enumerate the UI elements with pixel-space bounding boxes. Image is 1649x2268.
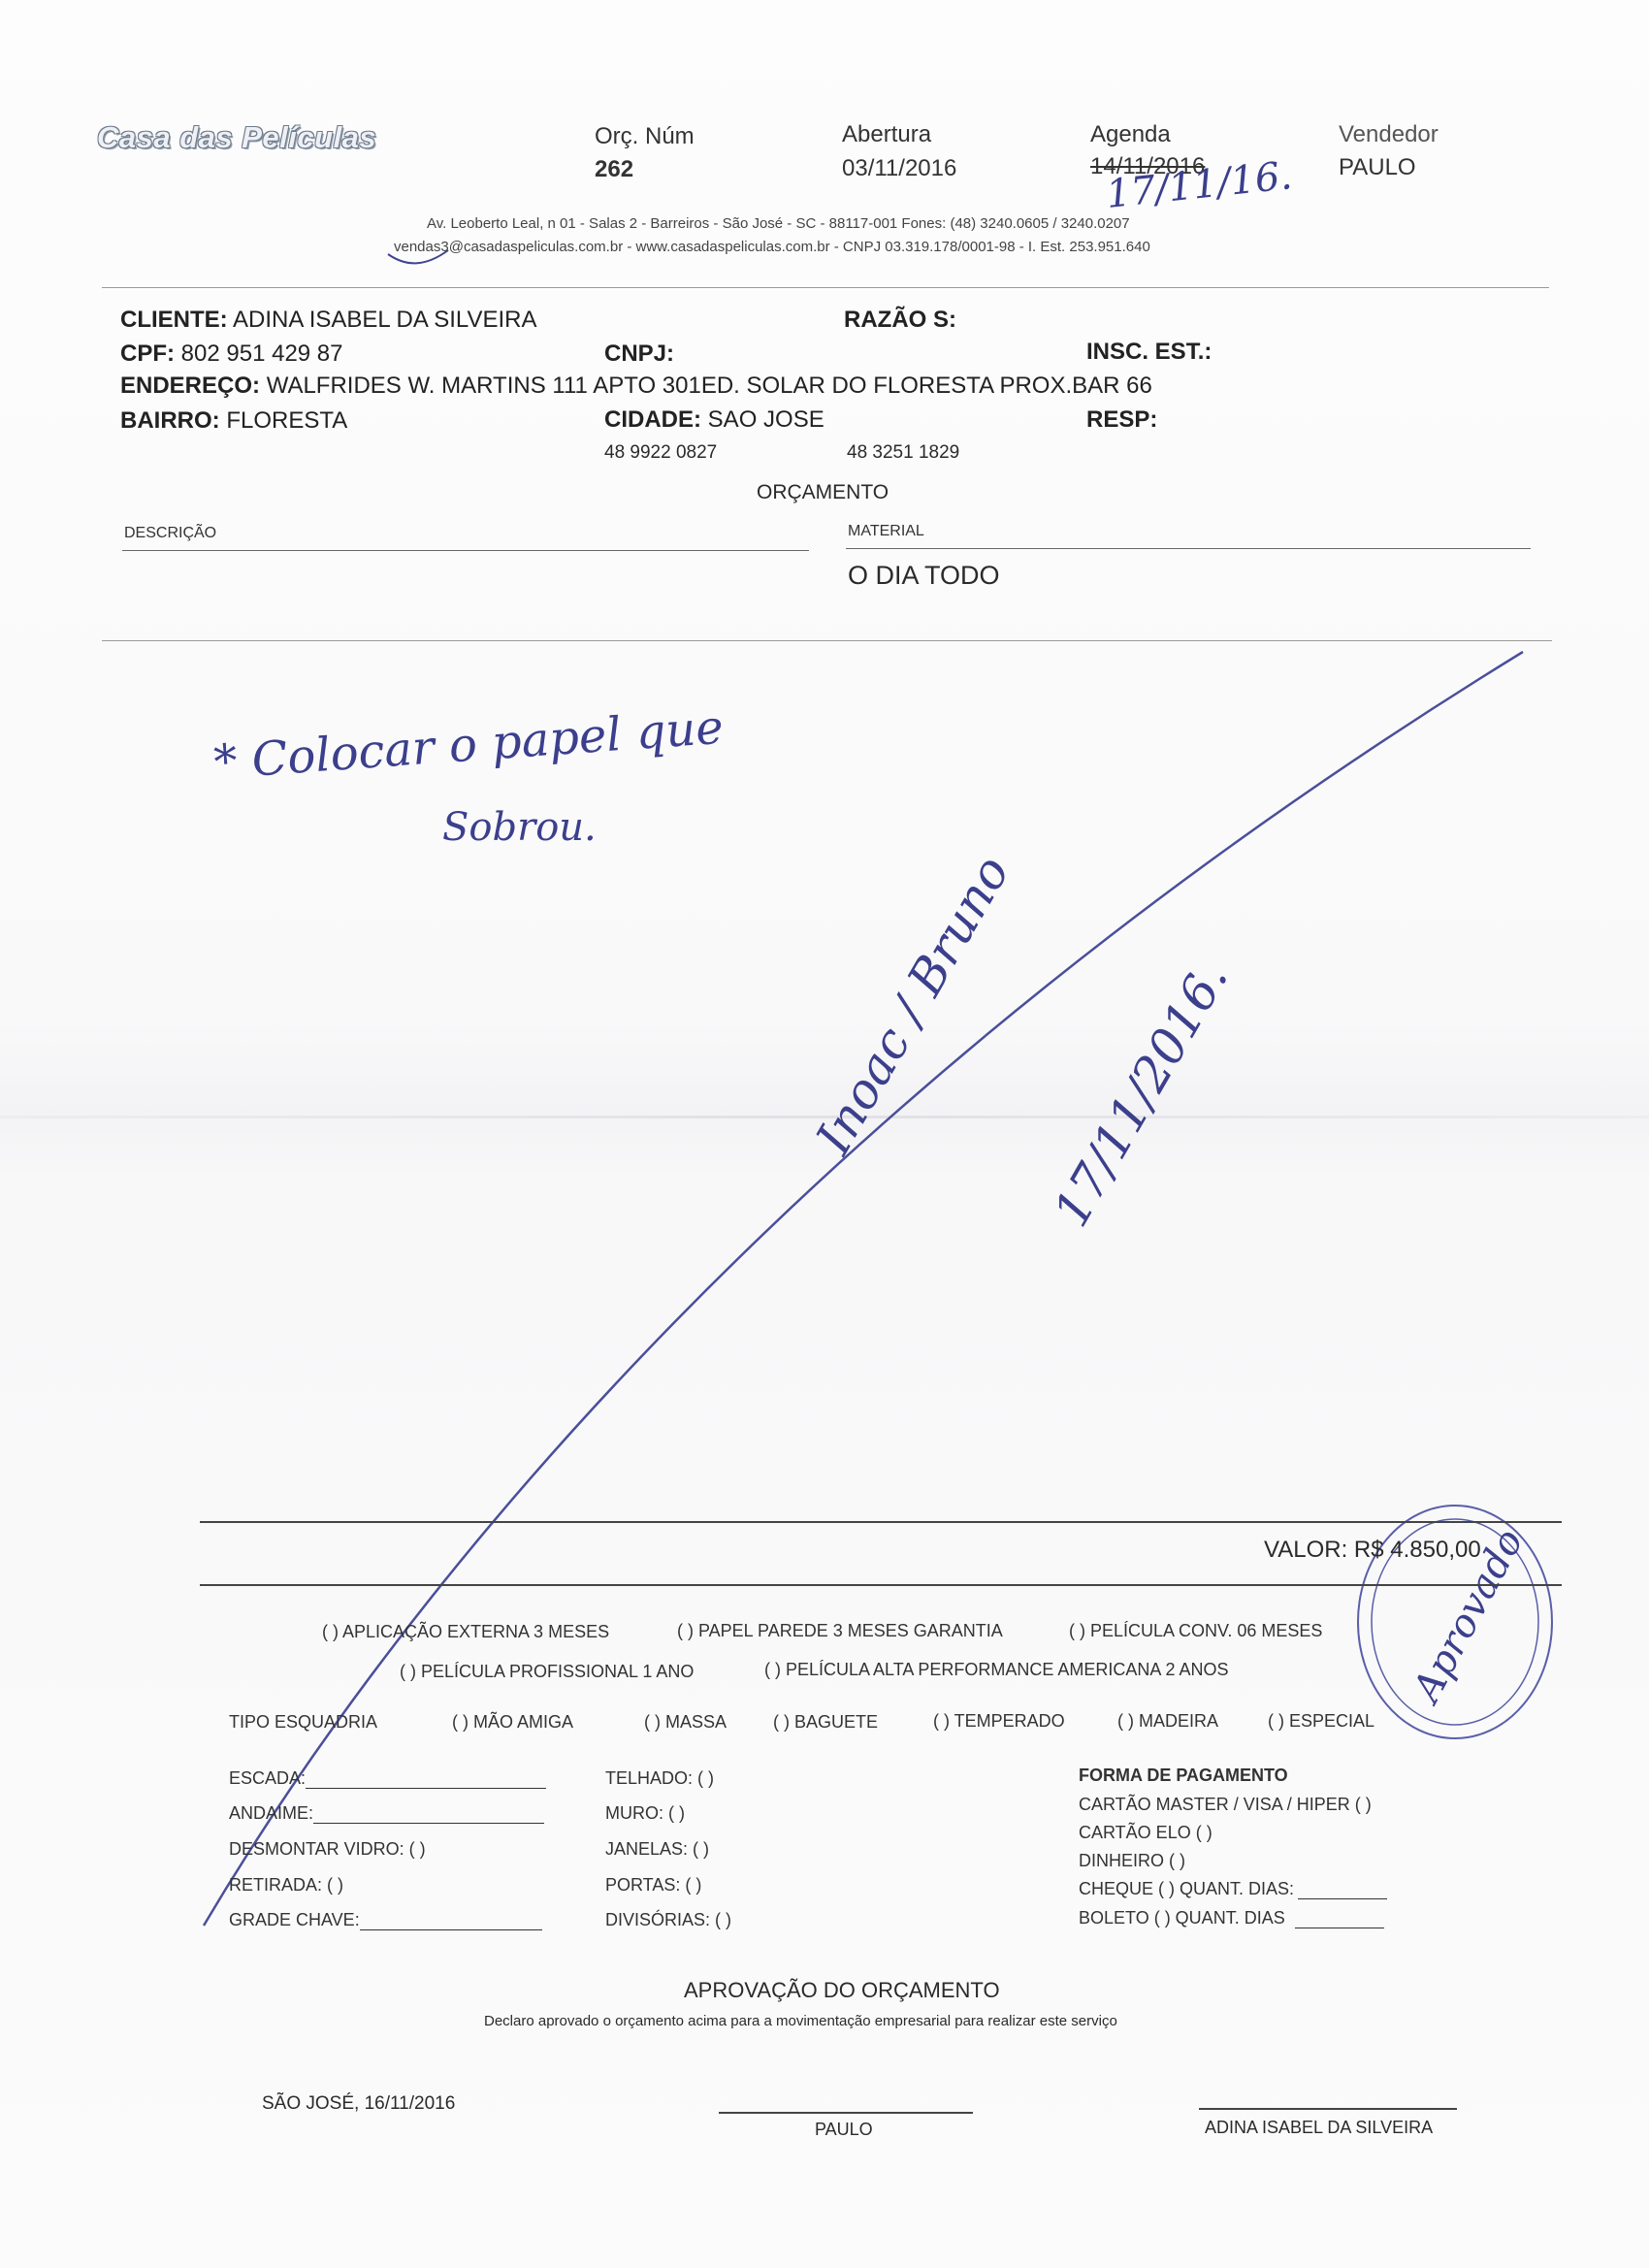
- field-telhado[interactable]: TELHADO: ( ): [605, 1768, 714, 1789]
- client-signature-line: [1199, 2108, 1457, 2110]
- option-pelicula-alta-performance[interactable]: ( ) PELÍCULA ALTA PERFORMANCE AMERICANA …: [764, 1660, 1228, 1680]
- field-muro[interactable]: MURO: ( ): [605, 1803, 685, 1824]
- payment-cartao-master[interactable]: CARTÃO MASTER / VISA / HIPER ( ): [1079, 1795, 1372, 1815]
- valor-amount: R$ 4.850,00: [1354, 1537, 1481, 1563]
- field-portas[interactable]: PORTAS: ( ): [605, 1875, 701, 1895]
- esquadria-especial[interactable]: ( ) ESPECIAL: [1268, 1711, 1374, 1732]
- field-desmontar-vidro[interactable]: DESMONTAR VIDRO: ( ): [229, 1839, 426, 1860]
- payment-cheque[interactable]: CHEQUE ( ) QUANT. DIAS:: [1079, 1879, 1387, 1899]
- esquadria-madeira[interactable]: ( ) MADEIRA: [1117, 1711, 1218, 1732]
- approval-text: Declaro aprovado o orçamento acima para …: [484, 2013, 1117, 2029]
- esquadria-massa[interactable]: ( ) MASSA: [644, 1712, 727, 1733]
- esquadria-mao-amiga[interactable]: ( ) MÃO AMIGA: [452, 1712, 573, 1733]
- place-date: SÃO JOSÉ, 16/11/2016: [262, 2093, 455, 2115]
- seller-signature-line: [719, 2112, 973, 2114]
- payment-boleto[interactable]: BOLETO ( ) QUANT. DIAS: [1079, 1908, 1384, 1928]
- payment-dinheiro[interactable]: DINHEIRO ( ): [1079, 1851, 1185, 1871]
- option-aplicacao-externa[interactable]: ( ) APLICAÇÃO EXTERNA 3 MESES: [322, 1622, 609, 1642]
- esquadria-label: TIPO ESQUADRIA: [229, 1712, 377, 1733]
- seller-signature-name: PAULO: [815, 2120, 873, 2140]
- field-divisorias[interactable]: DIVISÓRIAS: ( ): [605, 1910, 731, 1930]
- payment-cartao-elo[interactable]: CARTÃO ELO ( ): [1079, 1823, 1212, 1843]
- field-escada[interactable]: ESCADA:: [229, 1768, 546, 1789]
- scanned-document: Casa das Películas Orç. Núm 262 Abertura…: [0, 0, 1649, 2268]
- field-andaime[interactable]: ANDAIME:: [229, 1803, 544, 1824]
- field-retirada[interactable]: RETIRADA: ( ): [229, 1875, 343, 1895]
- field-grade-chave[interactable]: GRADE CHAVE:: [229, 1910, 542, 1930]
- approval-title: APROVAÇÃO DO ORÇAMENTO: [684, 1978, 1000, 2003]
- option-papel-parede[interactable]: ( ) PAPEL PAREDE 3 MESES GARANTIA: [677, 1621, 1003, 1641]
- valor-line-top: [200, 1521, 1562, 1523]
- option-pelicula-conv[interactable]: ( ) PELÍCULA CONV. 06 MESES: [1069, 1621, 1322, 1641]
- valor-line-bottom: [200, 1584, 1562, 1586]
- valor-field: VALOR: R$ 4.850,00: [1264, 1537, 1481, 1564]
- option-pelicula-profissional[interactable]: ( ) PELÍCULA PROFISSIONAL 1 ANO: [400, 1662, 694, 1682]
- payment-title: FORMA DE PAGAMENTO: [1079, 1766, 1288, 1786]
- esquadria-temperado[interactable]: ( ) TEMPERADO: [933, 1711, 1065, 1732]
- client-signature-name: ADINA ISABEL DA SILVEIRA: [1205, 2118, 1433, 2138]
- esquadria-baguete[interactable]: ( ) BAGUETE: [773, 1712, 878, 1733]
- field-janelas[interactable]: JANELAS: ( ): [605, 1839, 709, 1860]
